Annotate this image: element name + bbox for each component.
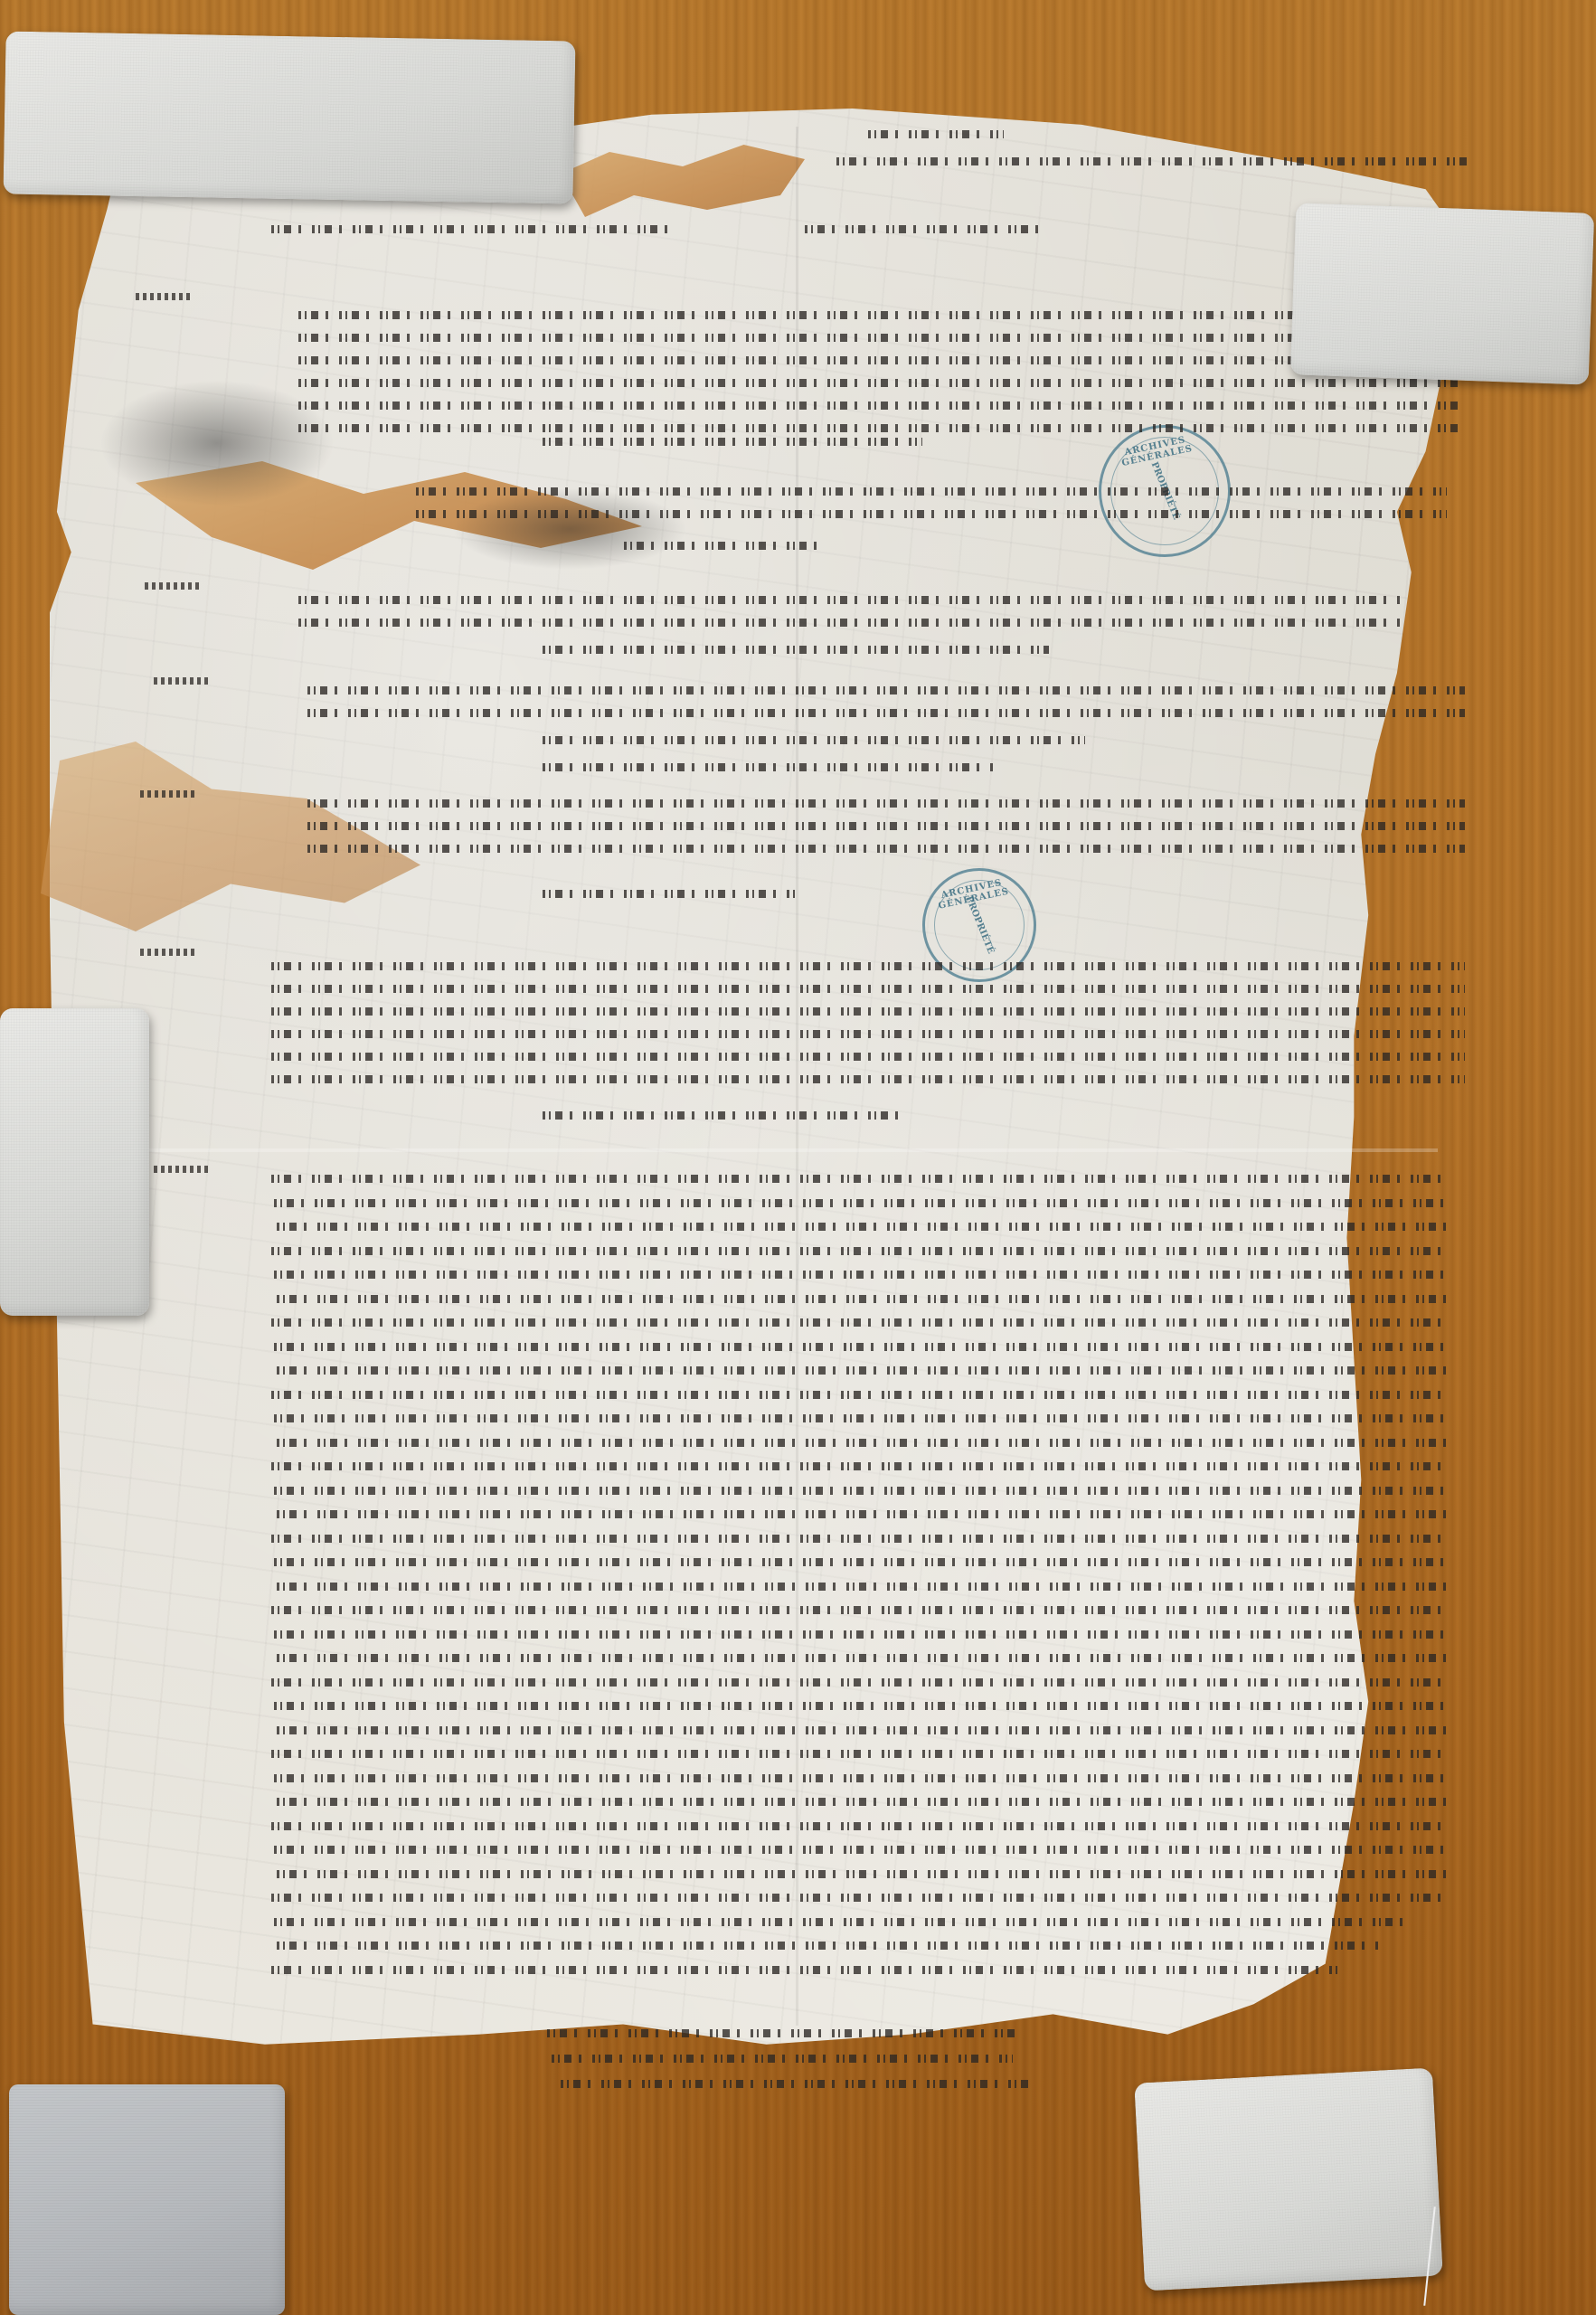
sum-line bbox=[543, 732, 1085, 749]
script-line bbox=[271, 981, 1465, 997]
script-line bbox=[274, 1698, 1450, 1715]
script-line bbox=[271, 1026, 1465, 1043]
script-line bbox=[271, 1531, 1447, 1547]
script-line bbox=[277, 1938, 1380, 1954]
script-line bbox=[277, 1363, 1452, 1379]
fold-line bbox=[54, 1148, 1438, 1152]
script-line bbox=[416, 484, 1447, 500]
script-line bbox=[271, 1243, 1447, 1260]
margin-note bbox=[140, 787, 194, 801]
script-line bbox=[271, 1459, 1447, 1475]
script-line bbox=[307, 683, 1465, 699]
cloth-weight-middle-left[interactable] bbox=[0, 1008, 149, 1316]
script-line bbox=[274, 1554, 1450, 1571]
soot-stain bbox=[452, 488, 687, 570]
script-line bbox=[416, 506, 1447, 523]
script-line bbox=[307, 841, 1465, 857]
script-line bbox=[277, 1579, 1452, 1595]
script-line bbox=[271, 959, 1465, 975]
script-line bbox=[271, 1171, 1447, 1187]
margin-note bbox=[136, 289, 190, 304]
script-line bbox=[307, 818, 1465, 835]
script-line bbox=[274, 1627, 1450, 1643]
closing-line bbox=[561, 2076, 1031, 2093]
cloth-weight-top-right[interactable] bbox=[1290, 203, 1594, 384]
script-line bbox=[277, 1794, 1452, 1810]
script-line bbox=[298, 398, 1465, 414]
cloth-weight-top-left[interactable] bbox=[3, 32, 575, 204]
script-line bbox=[271, 1387, 1447, 1403]
sum-line bbox=[543, 642, 1049, 658]
script-line bbox=[274, 1411, 1450, 1427]
script-line bbox=[277, 1507, 1452, 1523]
cloth-weight-bottom-right[interactable] bbox=[1134, 2068, 1443, 2291]
script-line bbox=[271, 1004, 1465, 1020]
script-line bbox=[307, 705, 1465, 722]
script-line bbox=[277, 1291, 1452, 1308]
script-line bbox=[271, 222, 678, 238]
margin-note bbox=[154, 1162, 208, 1176]
script-line bbox=[298, 375, 1465, 392]
script-line bbox=[307, 796, 1465, 812]
script-line bbox=[277, 1866, 1452, 1883]
script-line bbox=[277, 1435, 1452, 1451]
sum-line bbox=[543, 434, 922, 450]
script-line bbox=[271, 1746, 1447, 1762]
margin-note bbox=[145, 579, 199, 593]
script-line bbox=[274, 1267, 1450, 1283]
script-line bbox=[274, 1771, 1450, 1787]
script-line bbox=[836, 154, 1469, 170]
script-line bbox=[271, 1890, 1447, 1906]
script-line bbox=[271, 1819, 1447, 1835]
script-line bbox=[298, 592, 1402, 609]
script-line bbox=[805, 222, 1040, 238]
script-line bbox=[298, 330, 1465, 346]
script-line bbox=[271, 1962, 1338, 1979]
margin-note bbox=[154, 674, 208, 688]
script-line bbox=[274, 1914, 1413, 1931]
sum-line bbox=[543, 886, 796, 902]
script-line bbox=[271, 1072, 1465, 1088]
sum-line bbox=[543, 760, 995, 776]
sum-line bbox=[543, 1108, 904, 1124]
script-line bbox=[868, 127, 1004, 143]
script-line bbox=[277, 1723, 1452, 1739]
script-line bbox=[298, 615, 1402, 631]
script-line bbox=[271, 1602, 1447, 1619]
closing-line bbox=[547, 2026, 1017, 2042]
script-line bbox=[271, 1315, 1447, 1331]
script-line bbox=[298, 307, 1465, 324]
script-line bbox=[274, 1483, 1450, 1499]
script-line bbox=[277, 1219, 1452, 1235]
script-line bbox=[274, 1339, 1450, 1356]
closing-line bbox=[552, 2051, 1013, 2067]
script-line bbox=[271, 1049, 1465, 1065]
script-line bbox=[277, 1650, 1452, 1667]
script-line bbox=[274, 1842, 1450, 1858]
script-line bbox=[274, 1195, 1450, 1212]
cloth-weight-bottom-left[interactable] bbox=[9, 2084, 285, 2315]
script-line bbox=[271, 1675, 1447, 1691]
margin-note bbox=[140, 945, 194, 959]
sum-line bbox=[624, 538, 823, 554]
